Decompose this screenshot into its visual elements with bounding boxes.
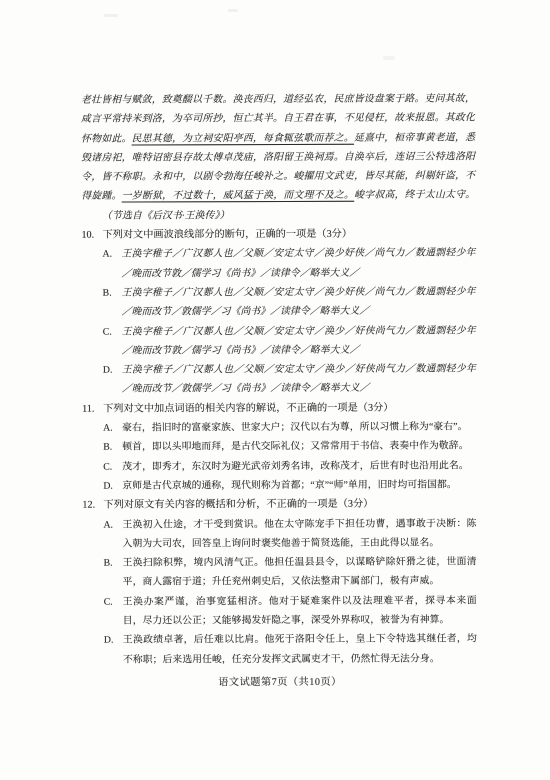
passage-source-note: （节选自《后汉书·王涣传》） xyxy=(107,210,230,221)
option-label: B. xyxy=(104,554,123,593)
option-text: 王涣字稚子／广汉郪人也／父顺／安定太守／涣少好侠／尚气力／数通剽轻少年／晚而改节… xyxy=(122,282,476,322)
option-label: B. xyxy=(103,284,122,323)
option-row-11d: D. 京师是古代京城的通称，现代则称为首都；“京”“师”单用，旧时均可指国都。 xyxy=(82,475,476,496)
option-text: 王涣扫除积弊，境内风清气正。他担任温县县令，以谋略铲除奸猾之徒，世面清平，商人露… xyxy=(123,552,477,592)
exam-paper-page: 老壮皆相与赋敛，致奠醊以千数。涣丧西归，道经弘农，民庶皆设盘案于路。吏问其故，咸… xyxy=(0,0,550,780)
option-label: C. xyxy=(103,322,122,361)
option-label: A. xyxy=(103,419,122,438)
option-label: D. xyxy=(103,361,122,400)
question-10-stem-row: 10. 下列对文中画波浪线部分的断句，正确的一项是（3分） xyxy=(81,224,475,245)
passage-underlined-segment: 一岁断狱，不过数十，威风猛于涣，而文理不及之。 xyxy=(122,190,354,202)
question-11-stem-row: 11. 下列对文中加点词语的相关内容的解说，不正确的一项是（3分） xyxy=(82,398,476,419)
scan-smudge xyxy=(228,9,238,12)
option-label: B. xyxy=(103,438,122,457)
option-text: 京师是古代京城的通称，现代则称为首都；“京”“师”单用，旧时均可指国都。 xyxy=(122,475,476,496)
page-content: 老壮皆相与赋敛，致奠醊以千数。涣丧西归，道经弘农，民庶皆设盘案于路。吏问其故，咸… xyxy=(81,89,477,692)
option-row-12b: B. 王涣扫除积弊，境内风清气正。他担任温县县令，以谋略铲除奸猾之徒，世面清平，… xyxy=(83,552,477,592)
option-text: 王涣字稚子／广汉郪人也／父顺／安定太守／涣少好侠／尚气力／数通剽轻少年／晚而改节… xyxy=(121,244,475,284)
option-text: 王涣办案严谨，治事宽猛相济。他对于疑难案件以及法理难平者，探寻本来面目，尽力还以… xyxy=(123,591,477,631)
option-label: D. xyxy=(103,476,122,495)
option-text: 王涣政绩卓著，后任难以比肩。他死于洛阳令任上，皇上下令特选其继任者，均不称职；后… xyxy=(123,630,477,670)
passage-text: 老壮皆相与赋敛，致奠醊以千数。涣丧西归，道经弘农，民庶皆设盘案于路。吏问其故，咸… xyxy=(81,89,475,225)
option-row-10b: B. 王涣字稚子／广汉郪人也／父顺／安定太守／涣少好侠／尚气力／数通剽轻少年／晚… xyxy=(82,282,476,322)
option-text: 茂才，即秀才，东汉时为避光武帝刘秀名讳，改称茂才，后世有时也沿用此名。 xyxy=(122,456,476,477)
passage-segment: 峻字叔高，终于太山太守。 xyxy=(354,190,475,201)
option-row-11b: B. 顿首，即以头叩地而拜，是古代交际礼仪；又常常用于书信、表奏中作为敬辞。 xyxy=(82,437,476,458)
question-number: 10. xyxy=(81,226,102,245)
option-text: 豪右，指旧时的富豪家族、世家大户；汉代以右为尊，所以习惯上称为“豪右”。 xyxy=(122,417,476,438)
question-10: 10. 下列对文中画波浪线部分的断句，正确的一项是（3分） A. 王涣字稚子／广… xyxy=(81,224,476,399)
option-label: C. xyxy=(104,592,123,631)
option-label: A. xyxy=(103,515,122,554)
scan-smudge xyxy=(383,56,395,60)
option-row-12c: C. 王涣办案严谨，治事宽猛相济。他对于疑难案件以及法理难平者，探寻本来面目，尽… xyxy=(83,591,477,631)
question-number: 12. xyxy=(82,496,103,515)
question-stem: 下列对文中画波浪线部分的断句，正确的一项是（3分） xyxy=(102,224,475,245)
option-text: 王涣初入仕途，才干受到赏识。他在太守陈宠手下担任功曹，遇事敢于决断：陈入朝为大司… xyxy=(122,514,476,554)
option-text: 王涣字稚子／广汉郪人也／父顺／安定太守／涣少／好侠尚气力／数通剽轻少年／晚而改节… xyxy=(122,359,476,399)
page-footer: 语文试题第7页（共10页） xyxy=(83,672,477,692)
passage-underlined-segment: 民思其德，为立祠安阳亭西，每食辄弦歌而荐之。 xyxy=(132,132,354,144)
question-stem: 下列对文中加点词语的相关内容的解说，不正确的一项是（3分） xyxy=(103,398,476,419)
option-row-12d: D. 王涣政绩卓著，后任难以比肩。他死于洛阳令任上，皇上下令特选其继任者，均不称… xyxy=(83,630,477,670)
option-text: 顿首，即以头叩地而拜，是古代交际礼仪；又常常用于书信、表奏中作为敬辞。 xyxy=(122,437,476,458)
scan-smudge xyxy=(104,14,118,17)
question-11: 11. 下列对文中加点词语的相关内容的解说，不正确的一项是（3分） A. 豪右，… xyxy=(82,398,476,496)
option-text: 王涣字稚子／广汉郪人也／父顺／安定太守／涣少／好侠尚气力／数通剽轻少年／晚而改节… xyxy=(122,321,476,361)
option-row-12a: A. 王涣初入仕途，才干受到赏识。他在太守陈宠手下担任功曹，遇事敢于决断：陈入朝… xyxy=(82,514,476,554)
option-row-10d: D. 王涣字稚子／广汉郪人也／父顺／安定太守／涣少／好侠尚气力／数通剽轻少年／晚… xyxy=(82,359,476,399)
option-row-11a: A. 豪右，指旧时的富豪家族、世家大户；汉代以右为尊，所以习惯上称为“豪右”。 xyxy=(82,417,476,438)
option-row-10c: C. 王涣字稚子／广汉郪人也／父顺／安定太守／涣少／好侠尚气力／数通剽轻少年／晚… xyxy=(82,321,476,361)
option-row-10a: A. 王涣字稚子／广汉郪人也／父顺／安定太守／涣少好侠／尚气力／数通剽轻少年／晚… xyxy=(81,244,475,284)
question-12-stem-row: 12. 下列对原文有关内容的概括和分析，不正确的一项是（3分） xyxy=(82,495,476,516)
option-label: A. xyxy=(102,245,121,284)
question-12: 12. 下列对原文有关内容的概括和分析，不正确的一项是（3分） A. 王涣初入仕… xyxy=(82,495,477,670)
option-label: C. xyxy=(103,457,122,476)
question-stem: 下列对原文有关内容的概括和分析，不正确的一项是（3分） xyxy=(103,495,476,516)
option-label: D. xyxy=(104,631,123,670)
option-row-11c: C. 茂才，即秀才，东汉时为避光武帝刘秀名讳，改称茂才，后世有时也沿用此名。 xyxy=(82,456,476,477)
question-number: 11. xyxy=(82,399,103,418)
